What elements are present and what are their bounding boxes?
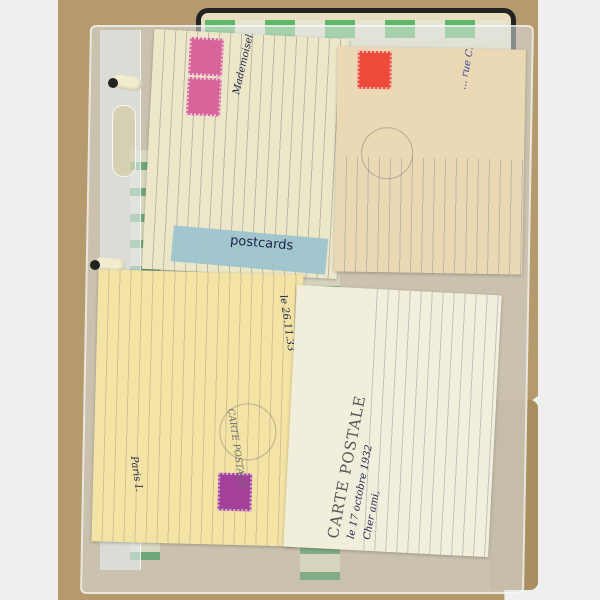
address: ... rue Claude ... Paris [457,46,489,90]
ring-hole [108,78,118,88]
postcard-bottom-left: le 26.11.33 CARTE POSTALE Paris I. [91,269,303,546]
sleeve-brand-emboss [112,105,136,177]
handwriting [91,269,303,546]
handwriting [334,156,524,274]
postcard-bottom-right: CARTE POSTALE le 17 octobre 1932 Cher am… [283,285,501,557]
postcard-top-right: ... rue Claude ... Paris [334,46,526,274]
stamp-icon [186,77,222,117]
stamp-icon [188,37,224,77]
stamp-icon [357,51,392,90]
